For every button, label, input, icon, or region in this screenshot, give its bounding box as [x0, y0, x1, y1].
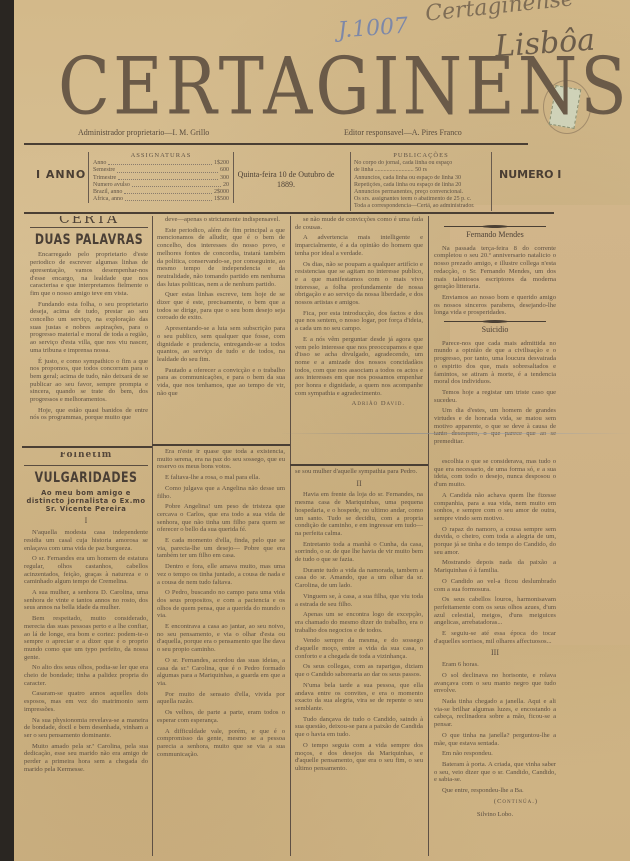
subscription-row: Africa, anno1$500 — [93, 196, 229, 203]
paragraph: Este periodico, além de fim principal a … — [157, 227, 285, 289]
folhetim-paragraph: Vendo sempre da mesma, e do sossego d'aq… — [295, 637, 423, 660]
news-paragraph: Enviamos ao nosso bom e querido amigo os… — [434, 294, 556, 317]
folhetim-paragraph: Eram 6 horas. — [434, 661, 556, 669]
folhetim-paragraph: O tempo seguia com a vida sempre dos moç… — [295, 742, 423, 773]
folhetim-paragraph: Muito amado pela sr.ª Carolina, pela sua… — [24, 743, 148, 774]
folhetim-paragraph: O Candido ao vel-a ficou deslumbrado com… — [434, 578, 556, 593]
paragraph: Fica, por esta introducção, dos factos e… — [295, 310, 423, 333]
header-rule-top — [24, 143, 528, 145]
folhetim-column-3: se sou mulher d'aquelle sympathia para P… — [295, 468, 423, 856]
catalog-reference: J.1007 — [337, 14, 409, 44]
header-rule-bottom — [24, 212, 554, 214]
subscription-row: Trimestre300 — [93, 175, 229, 182]
paragraph: Os dias, não se poupam a qualquer artifí… — [295, 261, 423, 307]
paragraph: Apresentando-se a luta sem subscrição pa… — [157, 325, 285, 364]
column-rule-1 — [152, 216, 153, 856]
paragraph: se não mude de convicções como é uma fad… — [295, 216, 423, 231]
continued-note: (Continúa.) — [434, 798, 556, 806]
publication-rate-line: de linha .......................... 50 r… — [354, 167, 488, 174]
ornament-divider — [444, 321, 546, 322]
issue-date: Quinta-feira 10 de Outubro de 1889. — [236, 170, 336, 190]
column-rule-2 — [290, 216, 291, 856]
year-label: I ANNO — [36, 168, 86, 181]
folhetim-paragraph: No alto dos seus olhos, podia-se ler que… — [24, 664, 148, 687]
publication-rate-line: Toda a correspondencia—Certã, ao adminis… — [354, 203, 488, 210]
column-1-editorial: CERTÃ DUAS PALAVRAS Encarregado pelo pro… — [30, 216, 148, 444]
folhetim-paragraph: O sr. Fernandes, acordou das suas ideias… — [157, 657, 285, 688]
news-paragraph: Na passada terça-feira 8 do corrente com… — [434, 245, 556, 291]
folhetim-col3-intro: se sou mulher d'aquelle sympathia para P… — [295, 468, 423, 476]
leader-dots — [125, 196, 212, 201]
headline-duas-palavras: DUAS PALAVRAS — [30, 235, 148, 245]
subscriptions-title: ASSIGNATURAS — [93, 152, 229, 159]
folhetim-paragraph: Vinguem se, à casa, a sua filha, que viu… — [295, 593, 423, 608]
subscription-price: 20 — [223, 182, 229, 189]
folhetim-paragraph: O sr. Fernandes era um homem de estatura… — [24, 555, 148, 586]
folhetim-author: Silvino Lobo. — [434, 811, 556, 819]
subscription-label: Africa, anno — [93, 196, 123, 203]
folhetim-paragraph: O Pedro, buscando no campo para uma vida… — [157, 589, 285, 620]
folhetim-paragraph: Bateram à porta. A criada, que vinha sab… — [434, 761, 556, 784]
folhetim-paragraph: Apenas um se encontra logo de excepção, … — [295, 611, 423, 634]
subscription-label: Semestre — [93, 167, 115, 174]
subscription-row: Numero avulso20 — [93, 182, 229, 189]
folhetim-paragraph: O que tinha na janella? perguntou-lhe a … — [434, 732, 556, 747]
paragraph: E a nós vêm perguntar desde já agora que… — [295, 336, 423, 398]
leader-dots — [132, 182, 221, 187]
folhetim-paragraph: Os seus collegas, com as raparigas, dizi… — [295, 663, 423, 678]
paragraph: deve—apenas o strictamente indispensavel… — [157, 216, 285, 224]
news-paragraph: Um dia d'estes, um homem de grandes virt… — [434, 407, 556, 446]
folhetim-column-1: Folhetim VULGARIDADES Ao meu bom amigo e… — [24, 452, 148, 856]
folhetim-paragraph: N'aquella modesta casa independente resi… — [24, 529, 148, 552]
folhetim-column-2: Era n'este ir quase que toda a existenci… — [157, 448, 285, 856]
news-title-suicidio: Suicidio — [434, 326, 556, 334]
folhetim-paragraph: Os velhos, de parte a parte, eram todos … — [157, 709, 285, 724]
subscriptions-box: ASSIGNATURAS Anno1$200Semestre600Trimest… — [88, 152, 234, 203]
publications-box: PUBLICAÇÕES No corpo do jornal, cada lin… — [350, 152, 492, 211]
folhetim-column-4: escolhia o que se considerava, mas tudo … — [434, 458, 556, 856]
news-paragraph: Parece-nos que cada mais admittida no mu… — [434, 340, 556, 386]
folhetim-paragraph: E cada momento d'ella, finda, pelo que s… — [157, 537, 285, 560]
folhetim-paragraph: Era n'este ir quase que toda a existenci… — [157, 448, 285, 471]
column-rule-3 — [428, 216, 429, 856]
paragraph: A advertencia mais intelligente e imparc… — [295, 234, 423, 257]
subscription-price: 1$200 — [214, 160, 229, 167]
issue-number: NUMERO I — [499, 168, 561, 181]
folhetim-divider — [24, 465, 148, 466]
folhetim-paragraph: E seguiu-se até essa época do tocar d'aq… — [434, 630, 556, 645]
folhetim-paragraph: Que entre, respondeu-lhe a Ba. — [434, 787, 556, 795]
folhetim-paragraph: Em não respondeu. — [434, 750, 556, 758]
folhetim-paragraph: A difficuldade vale, porém, e que é o co… — [157, 728, 285, 759]
news-title-fernando-mendes: Fernando Mendes — [434, 231, 556, 239]
chapter-two: II — [295, 480, 423, 488]
folhetim-paragraph: escolhia o que se considerava, mas tudo … — [434, 458, 556, 489]
leader-dots — [108, 160, 212, 165]
publication-rate-line: Os srs. assignantes teem o abatimento de… — [354, 196, 488, 203]
paragraph: Encarregado pelo proprietario d'este per… — [30, 251, 148, 297]
news-paragraph: Temos hoje a registar um triste caso que… — [434, 389, 556, 404]
folhetim-paragraph: Os seus cabellos louros, harmonisavam pe… — [434, 596, 556, 627]
section-divider — [30, 227, 148, 228]
chapter-one: I — [24, 517, 148, 525]
folhetim-dedication: Ao meu bom amigo e distincto jornalista … — [24, 489, 148, 513]
folhetim-paragraph: Casaram-se quatro annos aquelles dois es… — [24, 690, 148, 713]
paragraph: Quer estas linhas escreve, tem hoje de s… — [157, 291, 285, 322]
folhetim-paragraph: Por muito de sensato d'ella, vivida por … — [157, 691, 285, 706]
paragraph: Pautado a oferecer a convicção e o traba… — [157, 367, 285, 398]
folhetim-paragraph: Como julgava que a Angelina não desse um… — [157, 485, 285, 500]
leader-dots — [118, 175, 218, 180]
folhetim-paragraph: O sol declinava no horisonte, e rolava a… — [434, 672, 556, 695]
folhetim-rule-3 — [290, 464, 428, 466]
column-2-editorial: deve—apenas o strictamente indispensavel… — [157, 216, 285, 442]
folhetim-paragraph: N'uma bela tarde a sua pessoa, que ella … — [295, 682, 423, 713]
folhetim-paragraph: Na sua physionomia revelava-se a maneira… — [24, 717, 148, 740]
folhetim-paragraph: O rapaz do namoro, a cousa sempre sem du… — [434, 526, 556, 557]
section-title-certa: CERTÃ — [30, 216, 148, 224]
subscription-label: Trimestre — [93, 175, 116, 182]
paragraph: É justo, e como sympathico o fim a que n… — [30, 358, 148, 404]
chapter-three: III — [434, 649, 556, 657]
publications-title: PUBLICAÇÕES — [354, 152, 488, 159]
folhetim-paragraph: A sua mulher, a senhora D. Carolina, uma… — [24, 589, 148, 612]
headline-vulgaridades: VULGARIDADES — [24, 473, 148, 483]
publication-rate-line: Repetições, cada linha ou espaço de linh… — [354, 182, 488, 189]
publication-rate-line: Annuncios, cada linha ou espaço de linha… — [354, 175, 488, 182]
subscription-label: Numero avulso — [93, 182, 130, 189]
column-3-editorial: se não mude de convicções como é uma fad… — [295, 216, 423, 460]
subscription-row: Semestre600 — [93, 167, 229, 174]
publication-rate-line: Annuncios permanentes, preço convenciona… — [354, 189, 488, 196]
folhetim-label: Folhetim — [24, 452, 148, 460]
column-4-news: Fernando Mendes Na passada terça-feira 8… — [434, 222, 556, 450]
folhetim-paragraph: Tudo dançava de tudo o Candido, saindo à… — [295, 716, 423, 739]
editorial-signature: Adrião David. — [295, 400, 423, 408]
ornament-divider — [444, 226, 546, 227]
subscription-price: 300 — [220, 175, 229, 182]
folhetim-paragraph: E encontrava a casa ao jantar, ao seu no… — [157, 623, 285, 654]
folhetim-paragraph: E faltava-lhe a rosa, o mal para ella. — [157, 474, 285, 482]
folhetim-rule-1 — [22, 446, 152, 448]
folhetim-rule-2 — [152, 444, 290, 446]
folhetim-paragraph: Dentro e fora, elle amava muito, mas uma… — [157, 563, 285, 586]
folhetim-paragraph: Havia em frente da loja do sr. Fernandes… — [295, 491, 423, 537]
publication-rate-line: No corpo do jornal, cada linha ou espaço — [354, 160, 488, 167]
subscription-label: Anno — [93, 160, 106, 167]
masthead-title: CERTAGINENSE — [58, 42, 528, 133]
paragraph: Fundando esta folha, o seu proprietario … — [30, 301, 148, 355]
folhetim-paragraph: A Candida não achava quem lhe fizesse co… — [434, 492, 556, 523]
folhetim-paragraph: Mostrando depois nada da paixão a Mariqu… — [434, 559, 556, 574]
administrator-line: Administrador proprietario—I. M. Grillo — [78, 128, 209, 137]
folhetim-paragraph: Bem respeitado, muito considerado, merec… — [24, 615, 148, 661]
folhetim-paragraph: Nada tinha chegado a janella. Aqui e ali… — [434, 698, 556, 729]
folhetim-paragraph: Pobre Angelina! um peso de tristeza que … — [157, 503, 285, 534]
editor-line: Editor responsavel—A. Pires Franco — [344, 128, 462, 137]
subscription-price: 1$500 — [214, 196, 229, 203]
leader-dots — [124, 189, 212, 194]
fold-crease — [280, 433, 630, 434]
leader-dots — [117, 167, 218, 172]
paragraph: Hoje, que estão quasi banidos de entre n… — [30, 407, 148, 422]
folhetim-paragraph: Durante tudo a vida da namorada, tambem … — [295, 567, 423, 590]
subscription-row: Anno1$200 — [93, 160, 229, 167]
subscription-price: 600 — [220, 167, 229, 174]
folhetim-paragraph: Entretanto toda a manhã o Cunha, da casa… — [295, 541, 423, 564]
